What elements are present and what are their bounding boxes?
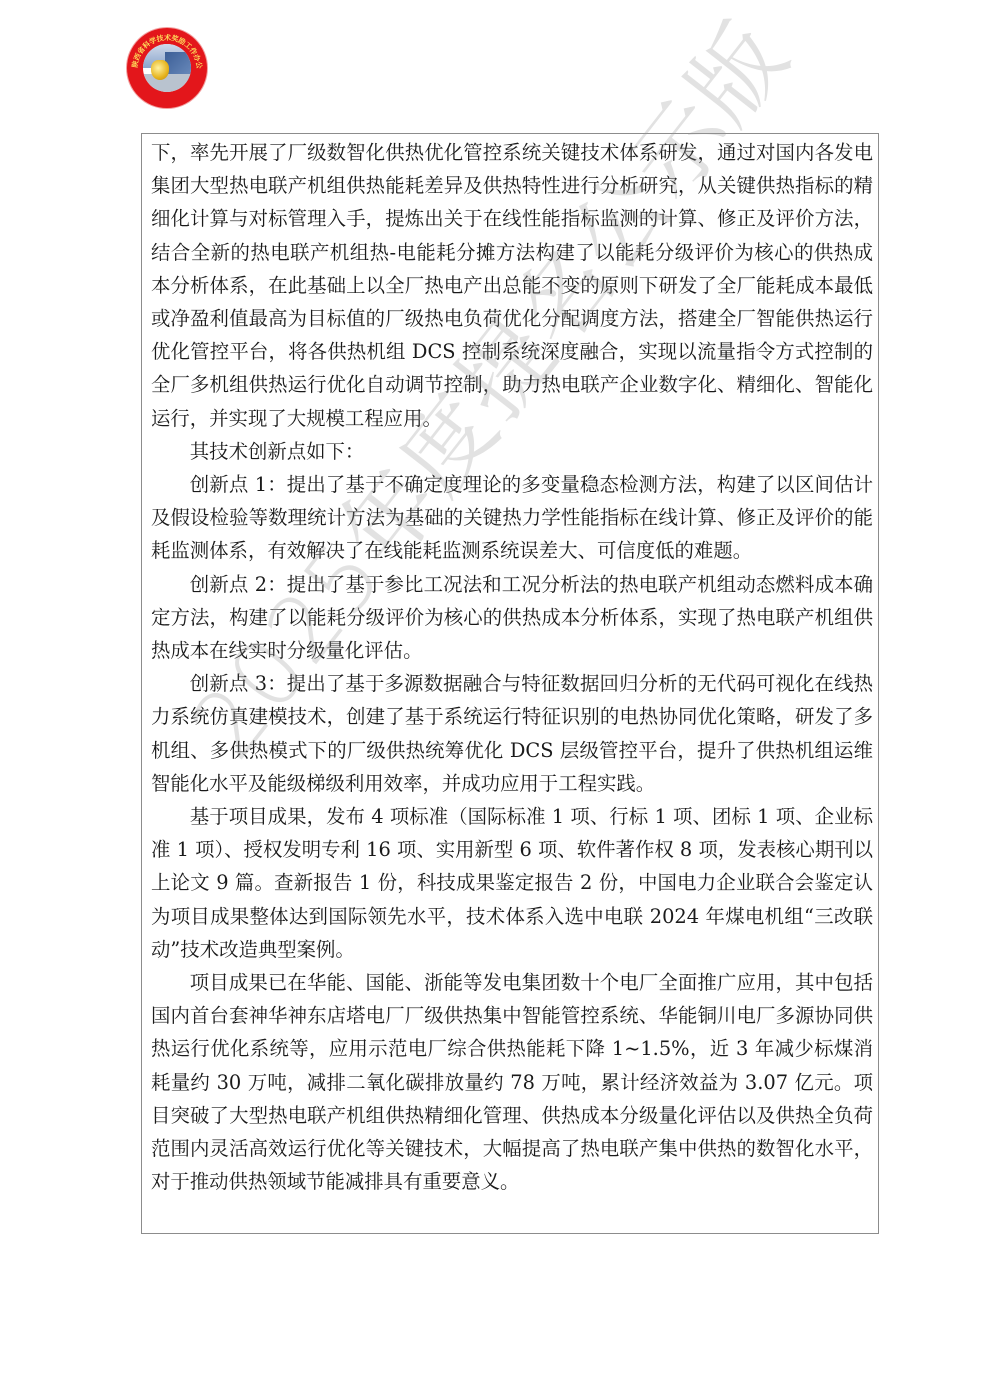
paragraph-innovation-1: 创新点 1：提出了基于不确定度理论的多变量稳态检测方法，构建了以区间估计及假设检… bbox=[151, 468, 873, 568]
document-body: 下，率先开展了厂级数智化供热优化管控系统关键技术体系研发，通过对国内各发电集团大… bbox=[151, 136, 873, 1199]
seal-emblem-icon: 陕西省科学技术奖励工作办公室 bbox=[127, 28, 207, 108]
paragraph-applications: 项目成果已在华能、国能、浙能等发电集团数十个电厂全面推广应用，其中包括国内首台套… bbox=[151, 966, 873, 1198]
paragraph-intro-continuation: 下，率先开展了厂级数智化供热优化管控系统关键技术体系研发，通过对国内各发电集团大… bbox=[151, 136, 873, 435]
paragraph-innovations-heading: 其技术创新点如下： bbox=[151, 435, 873, 468]
paragraph-innovation-2: 创新点 2：提出了基于参比工况法和工况分析法的热电联产机组动态燃料成本确定方法，… bbox=[151, 568, 873, 668]
logo-emblem-image bbox=[143, 44, 191, 92]
paragraph-innovation-3: 创新点 3：提出了基于多源数据融合与特征数据回归分析的无代码可视化在线热力系统仿… bbox=[151, 667, 873, 800]
trophy-icon bbox=[151, 60, 169, 80]
paragraph-achievements: 基于项目成果，发布 4 项标准（国际标准 1 项、行标 1 项、团标 1 项、企… bbox=[151, 800, 873, 966]
